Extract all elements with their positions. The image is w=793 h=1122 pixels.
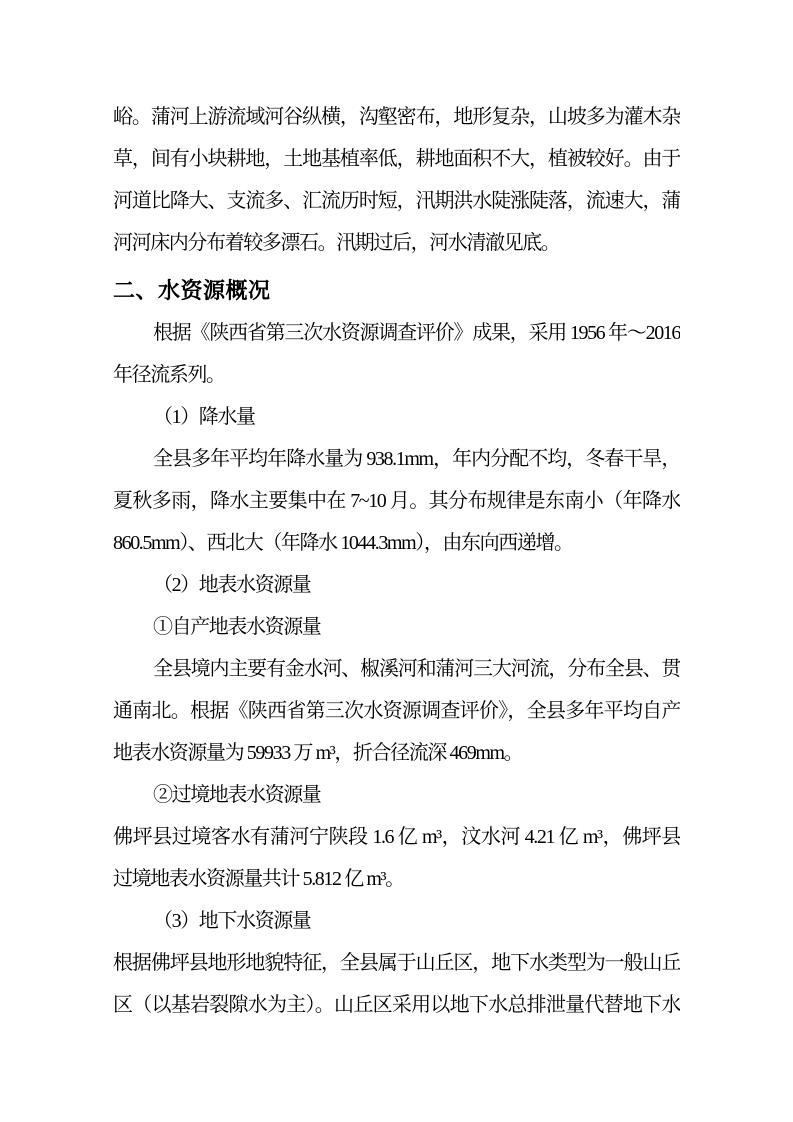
paragraph-line: 通南北。根据《陕西省第三次水资源调查评价》，全县多年平均自产 xyxy=(113,690,680,732)
subsection-heading: （1）降水量 xyxy=(113,396,680,438)
subsection-heading-text: （3）地下水资源量 xyxy=(113,900,680,942)
subsection-heading-text: ①自产地表水资源量 xyxy=(113,606,680,648)
subsection-heading: （3）地下水资源量 xyxy=(113,900,680,942)
paragraph-line: 全县境内主要有金水河、椒溪河和蒲河三大河流，分布全县、贯 xyxy=(113,648,680,690)
paragraph-line: 峪。蒲河上游流域河谷纵横，沟壑密布，地形复杂，山坡多为灌木杂 xyxy=(113,96,680,138)
paragraph: 根据《陕西省第三次水资源调查评价》成果，采用 1956 年～2016年径流系列。 xyxy=(113,312,680,396)
subsection-heading: ①自产地表水资源量 xyxy=(113,606,680,648)
subsection-heading-text: ②过境地表水资源量 xyxy=(113,774,680,816)
paragraph: 佛坪县过境客水有蒲河宁陕段 1.6 亿 m³，汶水河 4.21 亿 m³，佛坪县… xyxy=(113,816,680,900)
paragraph-line: 年径流系列。 xyxy=(113,354,680,396)
paragraph-line: 区（以基岩裂隙水为主）。山丘区采用以地下水总排泄量代替地下水 xyxy=(113,984,680,1026)
subsection-heading-text: （2）地表水资源量 xyxy=(113,564,680,606)
paragraph-line: 全县多年平均年降水量为 938.1mm，年内分配不均，冬春干旱， xyxy=(113,438,680,480)
paragraph-line: 佛坪县过境客水有蒲河宁陕段 1.6 亿 m³，汶水河 4.21 亿 m³，佛坪县 xyxy=(113,816,680,858)
subsection-heading-text: （1）降水量 xyxy=(113,396,680,438)
paragraph: 全县境内主要有金水河、椒溪河和蒲河三大河流，分布全县、贯通南北。根据《陕西省第三… xyxy=(113,648,680,774)
document-content: 峪。蒲河上游流域河谷纵横，沟壑密布，地形复杂，山坡多为灌木杂草，间有小块耕地，土… xyxy=(113,96,680,1026)
paragraph-line: 地表水资源量为 59933 万 m³，折合径流深 469mm。 xyxy=(113,732,680,774)
paragraph-line: 根据《陕西省第三次水资源调查评价》成果，采用 1956 年～2016 xyxy=(113,312,680,354)
subsection-heading: ②过境地表水资源量 xyxy=(113,774,680,816)
paragraph: 峪。蒲河上游流域河谷纵横，沟壑密布，地形复杂，山坡多为灌木杂草，间有小块耕地，土… xyxy=(113,96,680,264)
paragraph-line: 草，间有小块耕地，土地基植率低，耕地面积不大，植被较好。由于 xyxy=(113,138,680,180)
subsection-heading: （2）地表水资源量 xyxy=(113,564,680,606)
paragraph-line: 860.5mm）、西北大（年降水 1044.3mm），由东向西递增。 xyxy=(113,522,680,564)
paragraph: 根据佛坪县地形地貌特征，全县属于山丘区，地下水类型为一般山丘区（以基岩裂隙水为主… xyxy=(113,942,680,1026)
paragraph-line: 夏秋多雨，降水主要集中在 7~10 月。其分布规律是东南小（年降水 xyxy=(113,480,680,522)
paragraph-line: 河道比降大、支流多、汇流历时短，汛期洪水陡涨陡落，流速大，蒲 xyxy=(113,180,680,222)
section-heading: 二、水资源概况 xyxy=(113,270,680,312)
paragraph-line: 过境地表水资源量共计 5.812 亿 m³。 xyxy=(113,858,680,900)
paragraph-line: 河河床内分布着较多漂石。汛期过后，河水清澈见底。 xyxy=(113,222,680,264)
paragraph: 全县多年平均年降水量为 938.1mm，年内分配不均，冬春干旱，夏秋多雨，降水主… xyxy=(113,438,680,564)
section-heading-text: 二、水资源概况 xyxy=(113,270,680,312)
document-page: 峪。蒲河上游流域河谷纵横，沟壑密布，地形复杂，山坡多为灌木杂草，间有小块耕地，土… xyxy=(0,0,793,1122)
paragraph-line: 根据佛坪县地形地貌特征，全县属于山丘区，地下水类型为一般山丘 xyxy=(113,942,680,984)
